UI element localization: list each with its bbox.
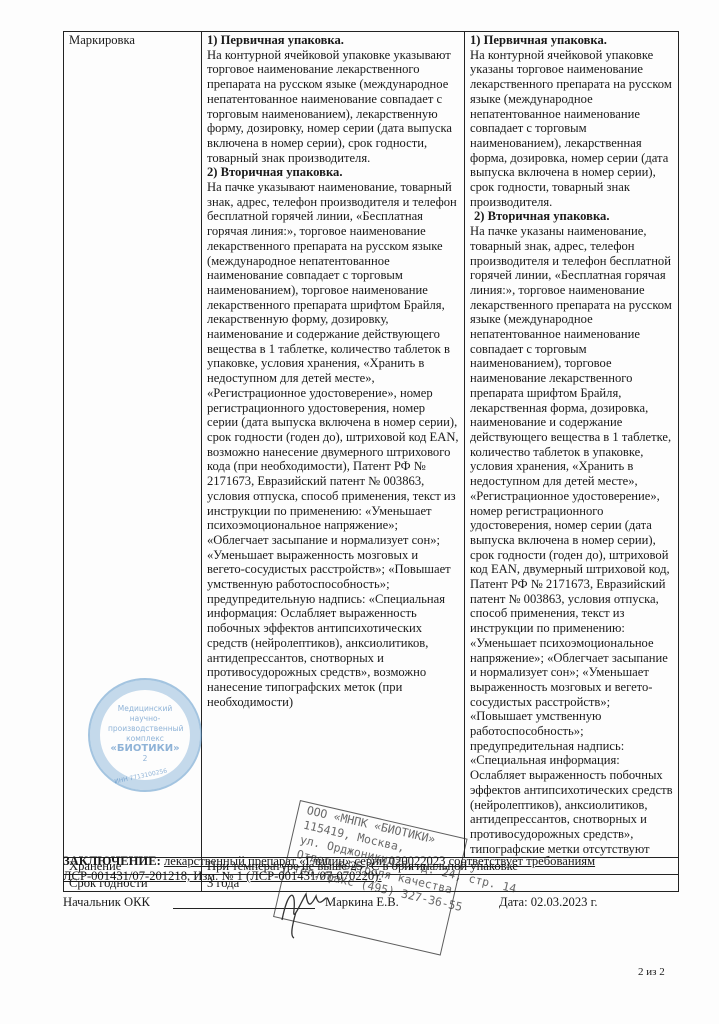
marking-label-cell: Маркировка [64, 32, 202, 858]
signature-date: Дата: 02.03.2023 г. [499, 895, 597, 910]
spec-primary-text: На контурной ячейковой упаковке указываю… [207, 48, 459, 166]
conclusion-text-line1: лекарственный препарат «Глицин» серии 02… [164, 854, 595, 868]
spec-primary-heading: 1) Первичная упаковка. [207, 33, 459, 48]
conclusion: ЗАКЛЮЧЕНИЕ: лекарственный препарат «Глиц… [63, 854, 663, 884]
result-secondary-text: На пачке указаны наименование, товарный … [470, 224, 673, 856]
result-primary-heading: 1) Первичная упаковка. [470, 33, 673, 48]
document-page: Маркировка 1) Первичная упаковка. На кон… [0, 0, 719, 1024]
signer-role: Начальник ОКК [63, 895, 150, 910]
signature-line [173, 908, 315, 909]
specification-table: Маркировка 1) Первичная упаковка. На кон… [63, 31, 679, 892]
conclusion-text-line2: ЛСР-001431/07-201218, Изм. № 1 (ЛСР-0014… [63, 869, 382, 883]
marking-result-cell: 1) Первичная упаковка. На контурной ячей… [465, 32, 679, 858]
table-row-marking: Маркировка 1) Первичная упаковка. На кон… [64, 32, 679, 858]
signer-name: Маркина Е.В. [325, 895, 399, 910]
conclusion-label: ЗАКЛЮЧЕНИЕ: [63, 854, 161, 868]
spec-secondary-heading: 2) Вторичная упаковка. [207, 165, 459, 180]
spec-secondary-text: На пачке указывают наименование, товарны… [207, 180, 459, 709]
signature-row: Начальник ОКК Маркина Е.В. Дата: 02.03.2… [63, 895, 663, 915]
marking-spec-cell: 1) Первичная упаковка. На контурной ячей… [202, 32, 465, 858]
page-number: 2 из 2 [638, 966, 665, 978]
result-primary-text: На контурной ячейковой упаковке указаны … [470, 48, 673, 210]
result-secondary-heading: 2) Вторичная упаковка. [470, 209, 673, 224]
marking-label: Маркировка [69, 33, 135, 47]
